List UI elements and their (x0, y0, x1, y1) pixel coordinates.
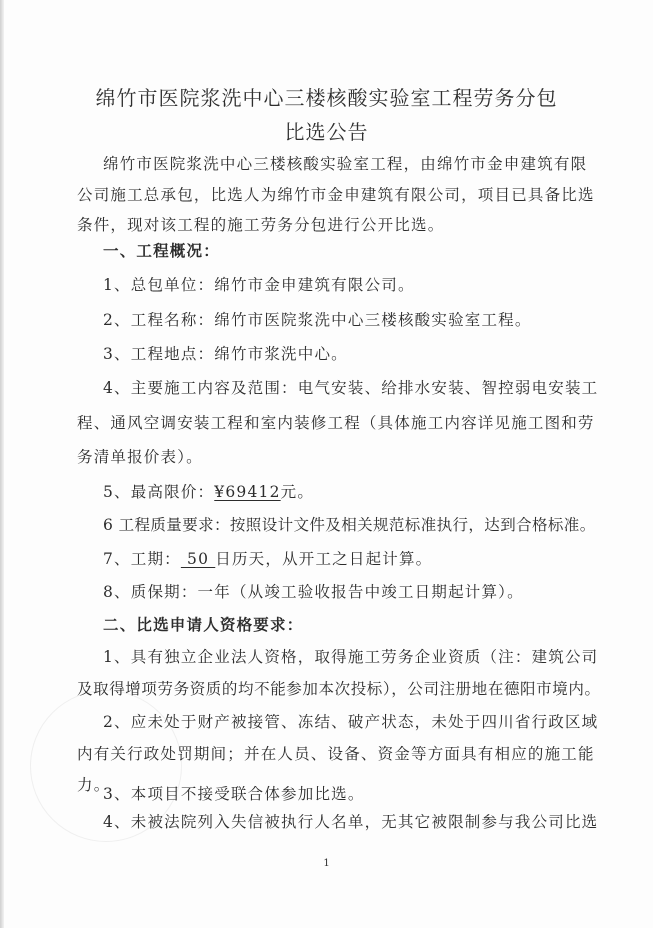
section2-item3: 3、本项目不接受联合体参加比选。 (103, 782, 603, 804)
intro-line-2: 公司施工总承包，比选人为绵竹市金申建筑有限公司，项目已具备比选 (77, 183, 577, 205)
section1-item6: 6 工程质量要求：按照设计文件及相关规范标准执行，达到合格标准。 (103, 513, 603, 535)
section1-item3: 3、工程地点：绵竹市浆洗中心。 (103, 342, 603, 364)
max-price-label: 5、最高限价： (103, 483, 214, 501)
section2-item1-line2: 及取得增项劳务资质的均不能参加本次投标），公司注册地在德阳市境内。 (77, 677, 577, 699)
section2-item2-line1: 2、应未处于财产被接管、冻结、破产状态，未处于四川省行政区域 (103, 710, 603, 732)
document-page: 绵竹市医院浆洗中心三楼核酸实验室工程劳务分包 比选公告 绵竹市医院浆洗中心三楼核… (0, 0, 653, 928)
duration-value: 50 (181, 550, 215, 568)
document-title-line2: 比选公告 (0, 116, 653, 145)
duration-unit: 日历天，从开工之日起计算。 (215, 550, 432, 568)
section1-item4-line3: 务清单报价表）。 (77, 445, 577, 467)
section2-item2-line2: 内有关行政处罚期间；并在人员、设备、资金等方面具有相应的施工能 (77, 742, 577, 764)
section2-heading: 二、比选申请人资格要求： (103, 613, 603, 635)
section1-item8: 8、质保期：一年（从竣工验收报告中竣工日期起计算）。 (103, 580, 603, 602)
document-title-line1: 绵竹市医院浆洗中心三楼核酸实验室工程劳务分包 (0, 82, 653, 111)
page-number: 1 (0, 858, 653, 869)
intro-line-1: 绵竹市医院浆洗中心三楼核酸实验室工程，由绵竹市金申建筑有限 (103, 152, 603, 174)
max-price-unit: 元。 (281, 483, 314, 501)
intro-line-3: 条件，现对该工程的施工劳务分包进行公开比选。 (77, 213, 577, 235)
section2-item1-line1: 1、具有独立企业法人资格，取得施工劳务企业资质（注：建筑公司 (103, 645, 603, 667)
section1-item5: 5、最高限价：¥69412元。 (103, 480, 603, 502)
section1-item1: 1、总包单位：绵竹市金申建筑有限公司。 (103, 273, 603, 295)
section1-item4-line1: 4、主要施工内容及范围：电气安装、给排水安装、智控弱电安装工 (103, 376, 603, 398)
section1-item7: 7、工期： 50 日历天，从开工之日起计算。 (103, 547, 603, 569)
section1-item4-line2: 程、通风空调安装工程和室内装修工程（具体施工内容详见施工图和劳 (77, 411, 577, 433)
max-price-value: ¥69412 (214, 483, 280, 501)
section1-item2: 2、工程名称：绵竹市医院浆洗中心三楼核酸实验室工程。 (103, 308, 603, 330)
section1-heading: 一、工程概况： (103, 239, 603, 261)
section2-item4-line1: 4、未被法院列入失信被执行人名单，无其它被限制参与我公司比选 (103, 810, 603, 832)
duration-label: 7、工期： (103, 550, 181, 568)
